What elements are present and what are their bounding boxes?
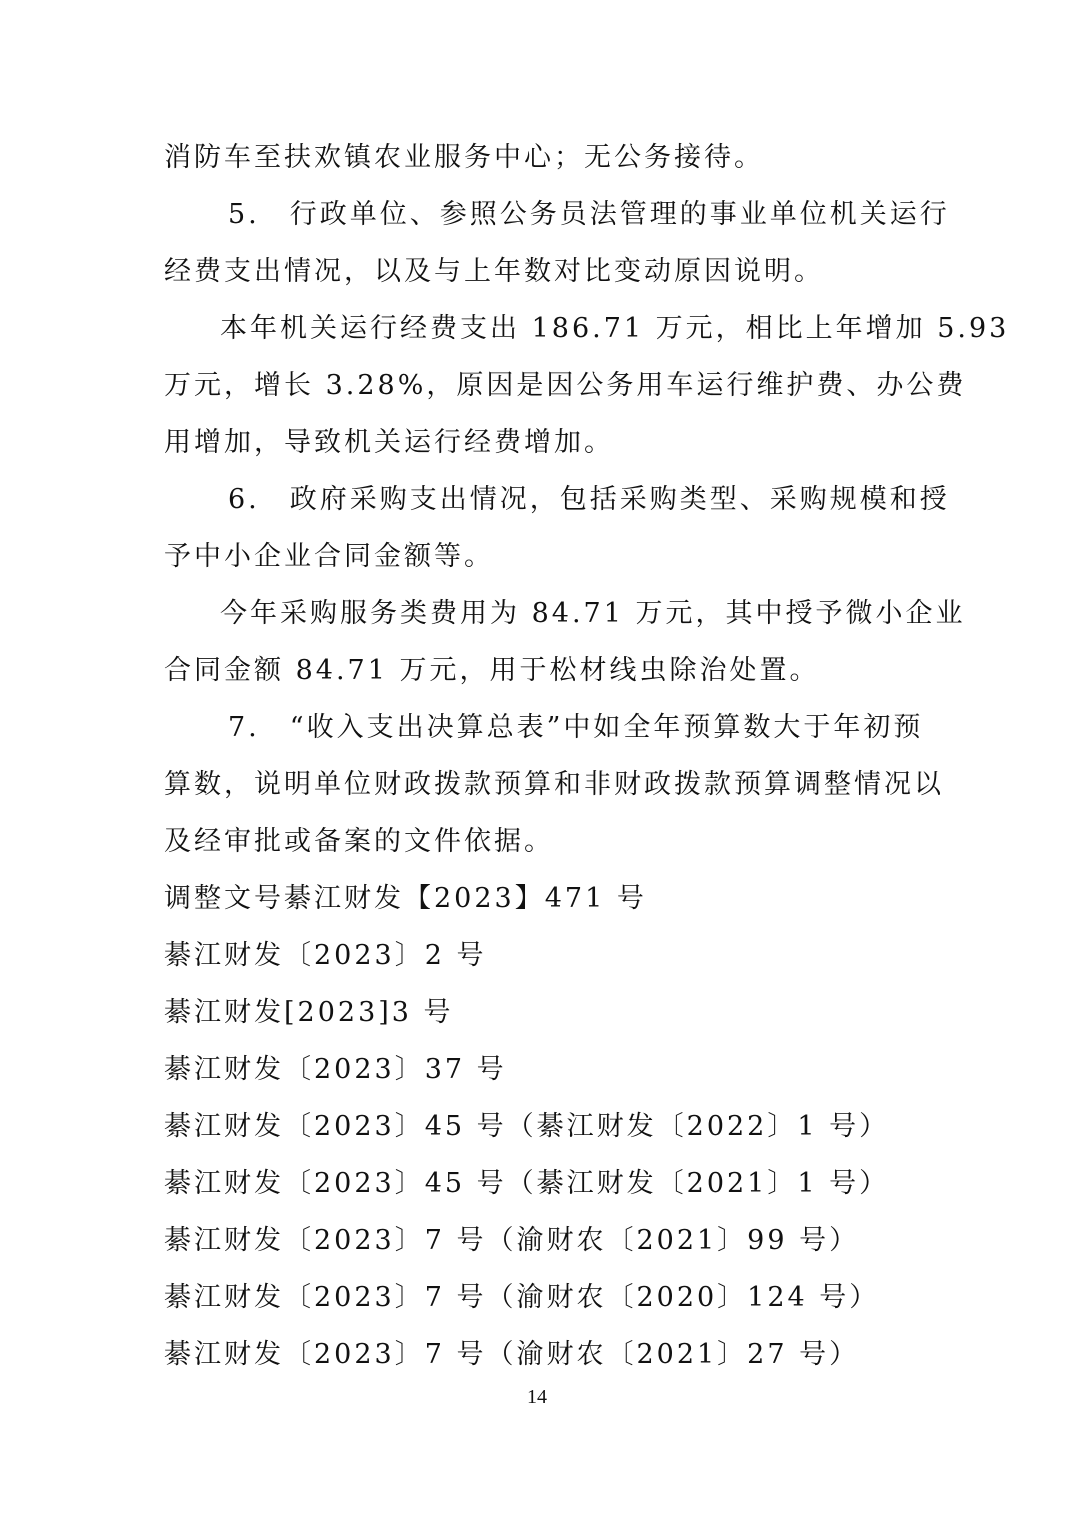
document-page: 消防车至扶欢镇农业服务中心；无公务接待。 5. 行政单位、参照公务员法管理的事业… xyxy=(0,0,1074,1520)
page-number: 14 xyxy=(0,1386,1074,1409)
section-heading-5: 5. 行政单位、参照公务员法管理的事业单位机关运行 xyxy=(228,195,988,235)
document-reference: 綦江财发〔2023〕45 号（綦江财发〔2021〕1 号） xyxy=(164,1164,924,1204)
document-reference: 调整文号綦江财发【2023】471 号 xyxy=(164,879,924,919)
paragraph-line: 万元，增长 3.28%，原因是因公务用车运行维护费、办公费 xyxy=(164,366,924,406)
document-reference: 綦江财发〔2023〕2 号 xyxy=(164,936,924,976)
paragraph-line: 今年采购服务类费用为 84.71 万元，其中授予微小企业 xyxy=(220,594,980,634)
document-reference: 綦江财发〔2023〕7 号（渝财农〔2021〕27 号） xyxy=(164,1335,924,1375)
paragraph-line: 本年机关运行经费支出 186.71 万元，相比上年增加 5.93 xyxy=(220,309,980,349)
document-reference: 綦江财发〔2023〕45 号（綦江财发〔2022〕1 号） xyxy=(164,1107,924,1147)
document-reference: 綦江财发〔2023〕7 号（渝财农〔2020〕124 号） xyxy=(164,1278,924,1318)
document-reference: 綦江财发〔2023〕7 号（渝财农〔2021〕99 号） xyxy=(164,1221,924,1261)
document-reference: 綦江财发〔2023〕37 号 xyxy=(164,1050,924,1090)
paragraph-line: 用增加，导致机关运行经费增加。 xyxy=(164,423,924,463)
paragraph-line: 消防车至扶欢镇农业服务中心；无公务接待。 xyxy=(164,138,924,178)
paragraph-line: 予中小企业合同金额等。 xyxy=(164,537,924,577)
paragraph-line: 算数，说明单位财政拨款预算和非财政拨款预算调整情况以 xyxy=(164,765,924,805)
paragraph-line: 合同金额 84.71 万元，用于松材线虫除治处置。 xyxy=(164,651,924,691)
paragraph-line: 经费支出情况，以及与上年数对比变动原因说明。 xyxy=(164,252,924,292)
document-reference: 綦江财发[2023]3 号 xyxy=(164,993,924,1033)
section-heading-7: 7. “收入支出决算总表”中如全年预算数大于年初预 xyxy=(228,708,988,748)
section-heading-6: 6. 政府采购支出情况，包括采购类型、采购规模和授 xyxy=(228,480,988,520)
paragraph-line: 及经审批或备案的文件依据。 xyxy=(164,822,924,862)
